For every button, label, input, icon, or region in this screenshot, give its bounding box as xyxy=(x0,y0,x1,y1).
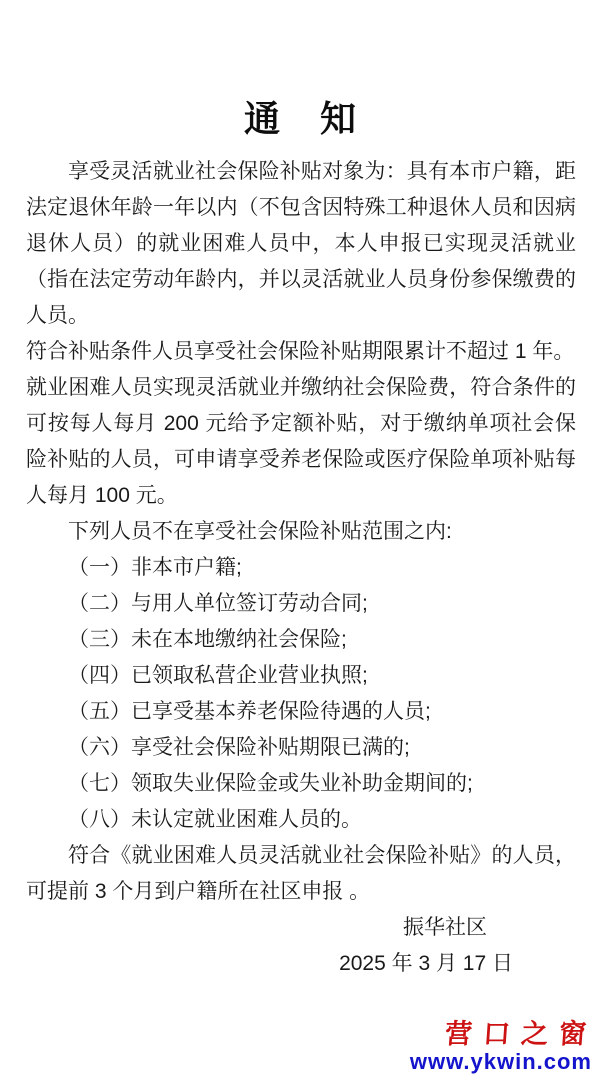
paragraph-eligibility: 享受灵活就业社会保险补贴对象为：具有本市户籍，距法定退休年龄一年以内（不包含因特… xyxy=(26,154,576,334)
excluded-item-3: （三）未在本地缴纳社会保险; xyxy=(26,622,576,658)
notice-document: 通 知 享受灵活就业社会保险补贴对象为：具有本市户籍，距法定退休年龄一年以内（不… xyxy=(0,98,600,982)
excluded-item-6: （六）享受社会保险补贴期限已满的; xyxy=(26,730,576,766)
excluded-item-4: （四）已领取私营企业营业执照; xyxy=(26,658,576,694)
watermark-site-url: www.ykwin.com xyxy=(410,1050,592,1074)
excluded-item-5: （五）已享受基本养老保险待遇的人员; xyxy=(26,694,576,730)
paragraph-subsidy-limit: 符合补贴条件人员享受社会保险补贴期限累计不超过 1 年。 xyxy=(26,334,576,370)
excluded-item-2: （二）与用人单位签订劳动合同; xyxy=(26,586,576,622)
excluded-list: （一）非本市户籍; （二）与用人单位签订劳动合同; （三）未在本地缴纳社会保险;… xyxy=(26,550,576,838)
excluded-list-intro: 下列人员不在享受社会保险补贴范围之内: xyxy=(26,514,576,550)
excluded-item-7: （七）领取失业保险金或失业补助金期间的; xyxy=(26,766,576,802)
watermark-site-name: 营口之窗 xyxy=(409,1020,598,1050)
excluded-item-1: （一）非本市户籍; xyxy=(26,550,576,586)
signature-date: 2025 年 3 月 17 日 xyxy=(26,946,513,982)
notice-title: 通 知 xyxy=(26,98,576,140)
paragraph-subsidy-amount: 就业困难人员实现灵活就业并缴纳社会保险费，符合条件的可按每人每月 200 元给予… xyxy=(26,370,576,514)
watermark: 营口之窗 www.ykwin.com xyxy=(410,1020,592,1074)
signature-name: 振华社区 xyxy=(26,910,487,946)
excluded-item-8: （八）未认定就业困难人员的。 xyxy=(26,802,576,838)
closing-paragraph: 符合《就业困难人员灵活就业社会保险补贴》的人员，可提前 3 个月到户籍所在社区申… xyxy=(26,838,576,910)
